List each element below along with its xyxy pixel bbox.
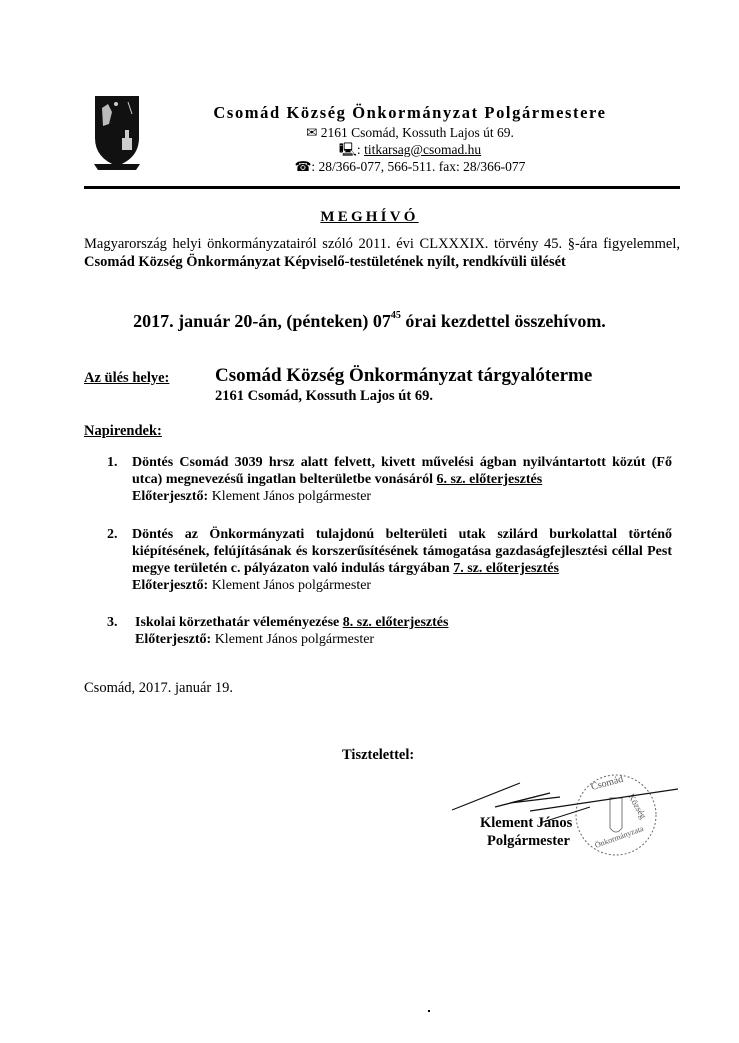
intro-bold: Csomád Község Önkormányzat Képviselő-tes…: [84, 254, 566, 270]
agenda-item: 2. Döntés az Önkormányzati tulajdonú bel…: [107, 526, 672, 594]
convene-line: 2017. január 20-án, (pénteken) 0745 órai…: [0, 311, 739, 332]
venue-name: Csomád Község Önkormányzat tárgyalóterme: [215, 365, 592, 387]
document-title: MEGHÍVÓ: [0, 209, 739, 226]
agenda-label: Napirendek:: [84, 423, 162, 440]
agenda-item: 1. Döntés Csomád 3039 hrsz alatt felvett…: [107, 454, 672, 505]
organization-title: Csomád Község Önkormányzat Polgármestere: [180, 102, 640, 124]
address-line: ✉ 2161 Csomád, Kossuth Lajos út 69.: [180, 124, 640, 141]
agenda-item-presenter: Előterjesztő: Klement János polgármester: [132, 577, 672, 594]
phone-line: ☎: 28/366-077, 566-511. fax: 28/366-077: [180, 158, 640, 175]
agenda-item-title: Iskolai körzethatár véleményezése: [135, 615, 343, 630]
header-divider: [84, 186, 680, 189]
closing-regards: Tisztelettel:: [342, 747, 414, 764]
venue-address: 2161 Csomád, Kossuth Lajos út 69.: [215, 388, 433, 405]
agenda-item-presenter: Előterjesztő: Klement János polgármester: [135, 631, 672, 648]
agenda-item-ref[interactable]: 8. sz. előterjesztés: [343, 615, 449, 630]
agenda-item-number: 3.: [107, 614, 118, 631]
envelope-icon: ✉: [306, 125, 317, 140]
phone-text: : 28/366-077, 566-511. fax: 28/366-077: [311, 159, 525, 174]
letterhead: Csomád Község Önkormányzat Polgármestere…: [180, 102, 640, 175]
signer-title: Polgármester: [487, 833, 570, 850]
email-prefix: :: [357, 142, 361, 157]
scan-speck: [428, 1010, 430, 1012]
address-text: 2161 Csomád, Kossuth Lajos út 69.: [321, 125, 514, 140]
agenda-item-title: Döntés Csomád 3039 hrsz alatt felvett, k…: [132, 455, 672, 487]
intro-paragraph: Magyarország helyi önkormányzatairól szó…: [84, 236, 680, 271]
computer-icon: 🖳: [339, 142, 357, 157]
agenda-item-ref[interactable]: 6. sz. előterjesztés: [436, 472, 542, 487]
agenda-item-number: 1.: [107, 454, 118, 471]
intro-plain: Magyarország helyi önkormányzatairól szó…: [84, 236, 680, 252]
signer-name: Klement János: [480, 815, 572, 832]
agenda-item: 3. Iskolai körzethatár véleményezése 8. …: [107, 614, 672, 648]
venue-label: Az ülés helye:: [84, 370, 169, 387]
email-line: 🖳: titkarsag@csomad.hu: [180, 141, 640, 158]
coat-of-arms-icon: [92, 94, 142, 174]
email-link[interactable]: titkarsag@csomad.hu: [364, 142, 481, 157]
telephone-icon: ☎: [295, 159, 312, 174]
agenda-item-presenter: Előterjesztő: Klement János polgármester: [132, 488, 672, 505]
agenda-item-number: 2.: [107, 526, 118, 543]
time-minutes: 45: [391, 310, 401, 321]
place-date: Csomád, 2017. január 19.: [84, 680, 233, 697]
agenda-item-title: Döntés az Önkormányzati tulajdonú belter…: [132, 527, 672, 576]
agenda-item-ref[interactable]: 7. sz. előterjesztés: [453, 561, 559, 576]
